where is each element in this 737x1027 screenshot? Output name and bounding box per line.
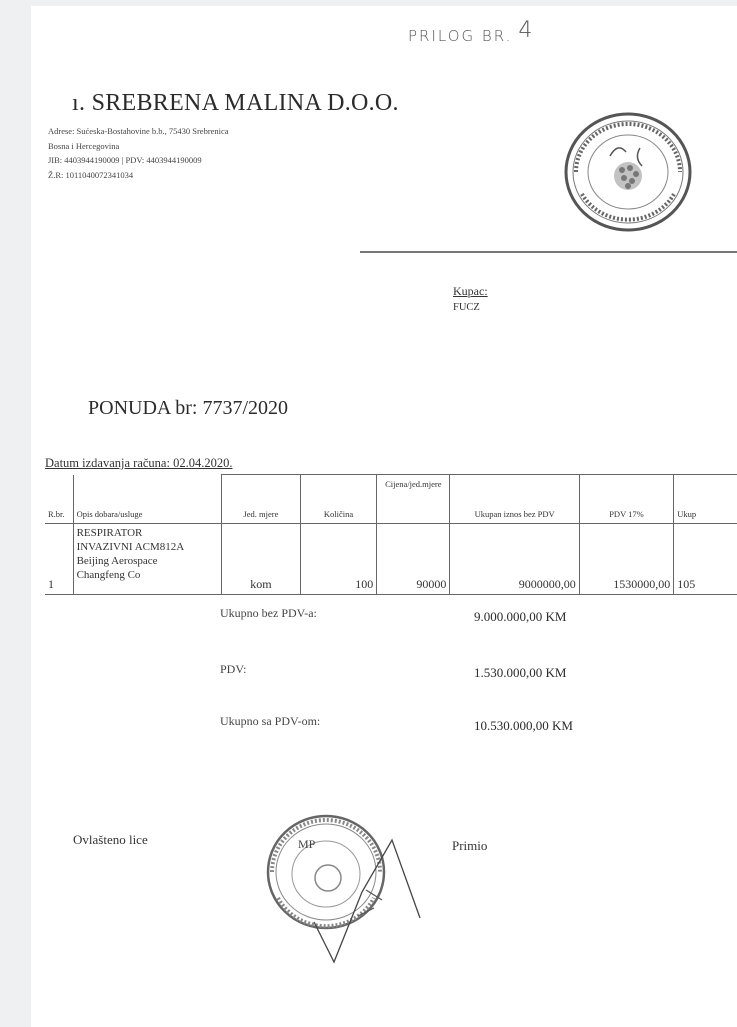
header-description: Opis dobara/usluge xyxy=(73,475,222,524)
buyer-name: FUCZ xyxy=(453,302,480,313)
cell-total: 105 xyxy=(674,524,737,595)
cell-unit-price: 90000 xyxy=(377,524,450,595)
header-divider xyxy=(360,251,737,253)
description-line: INVAZIVNI ACM812A xyxy=(77,540,219,554)
table-header-row: R.br. Opis dobara/usluge Jed. mjere Koli… xyxy=(45,475,737,524)
cell-rbr: 1 xyxy=(45,524,73,595)
company-bank-account: Ž.R: 1011040072341034 xyxy=(48,170,133,180)
annotation-number: 4 xyxy=(518,18,534,43)
svg-text:MP: MP xyxy=(298,837,316,851)
buyer-label: Kupac: xyxy=(453,284,488,299)
company-address: Adrese: Sućeska-Bostahovine b.b., 75430 … xyxy=(48,126,229,136)
cell-quantity: 100 xyxy=(300,524,377,595)
summary-net-label: Ukupno bez PDV-a: xyxy=(220,606,317,621)
summary-vat-value: 1.530.000,00 KM xyxy=(474,665,566,681)
authorized-person-label: Ovlašteno lice xyxy=(73,832,148,848)
company-tax-ids: JIB: 4403944190009 | PDV: 4403944190009 xyxy=(48,155,202,165)
cell-net-total: 9000000,00 xyxy=(450,524,579,595)
cell-vat: 1530000,00 xyxy=(579,524,673,595)
summary-total-label: Ukupno sa PDV-om: xyxy=(220,714,320,729)
header-rbr: R.br. xyxy=(45,475,73,524)
handwritten-annotation: PRILOG BR.4 xyxy=(408,22,534,47)
description-line: RESPIRATOR xyxy=(77,526,219,540)
summary-total-value: 10.530.000,00 KM xyxy=(474,718,573,734)
company-seal-icon xyxy=(548,108,708,238)
summary-vat-label: PDV: xyxy=(220,662,246,677)
table-row: 1 RESPIRATOR INVAZIVNI ACM812A Beijing A… xyxy=(45,524,737,595)
offer-title: PONUDA br: 7737/2020 xyxy=(88,397,288,420)
header-vat: PDV 17% xyxy=(579,475,673,524)
header-unit: Jed. mjere xyxy=(222,475,301,524)
header-quantity: Količina xyxy=(300,475,377,524)
company-name: ı. SREBRENA MALINA D.O.O. xyxy=(72,90,399,117)
received-by-label: Primio xyxy=(452,838,487,854)
items-table: R.br. Opis dobara/usluge Jed. mjere Koli… xyxy=(45,474,737,595)
header-unit-price: Cijena/jed.mjere xyxy=(377,475,450,524)
annotation-text: PRILOG BR. xyxy=(408,27,512,45)
cell-description: RESPIRATOR INVAZIVNI ACM812A Beijing Aer… xyxy=(73,524,222,595)
company-stamp-with-signature-icon: MP xyxy=(262,812,442,972)
issue-date: Datum izdavanja računa: 02.04.2020. xyxy=(45,456,232,471)
header-total: Ukup xyxy=(674,475,737,524)
description-line: Beijing Aerospace xyxy=(77,554,219,568)
header-net-total: Ukupan iznos bez PDV xyxy=(450,475,579,524)
description-line: Changfeng Co xyxy=(77,568,219,582)
company-country: Bosna i Hercegovina xyxy=(48,141,119,151)
cell-unit: kom xyxy=(222,524,301,595)
summary-net-value: 9.000.000,00 KM xyxy=(474,609,566,625)
